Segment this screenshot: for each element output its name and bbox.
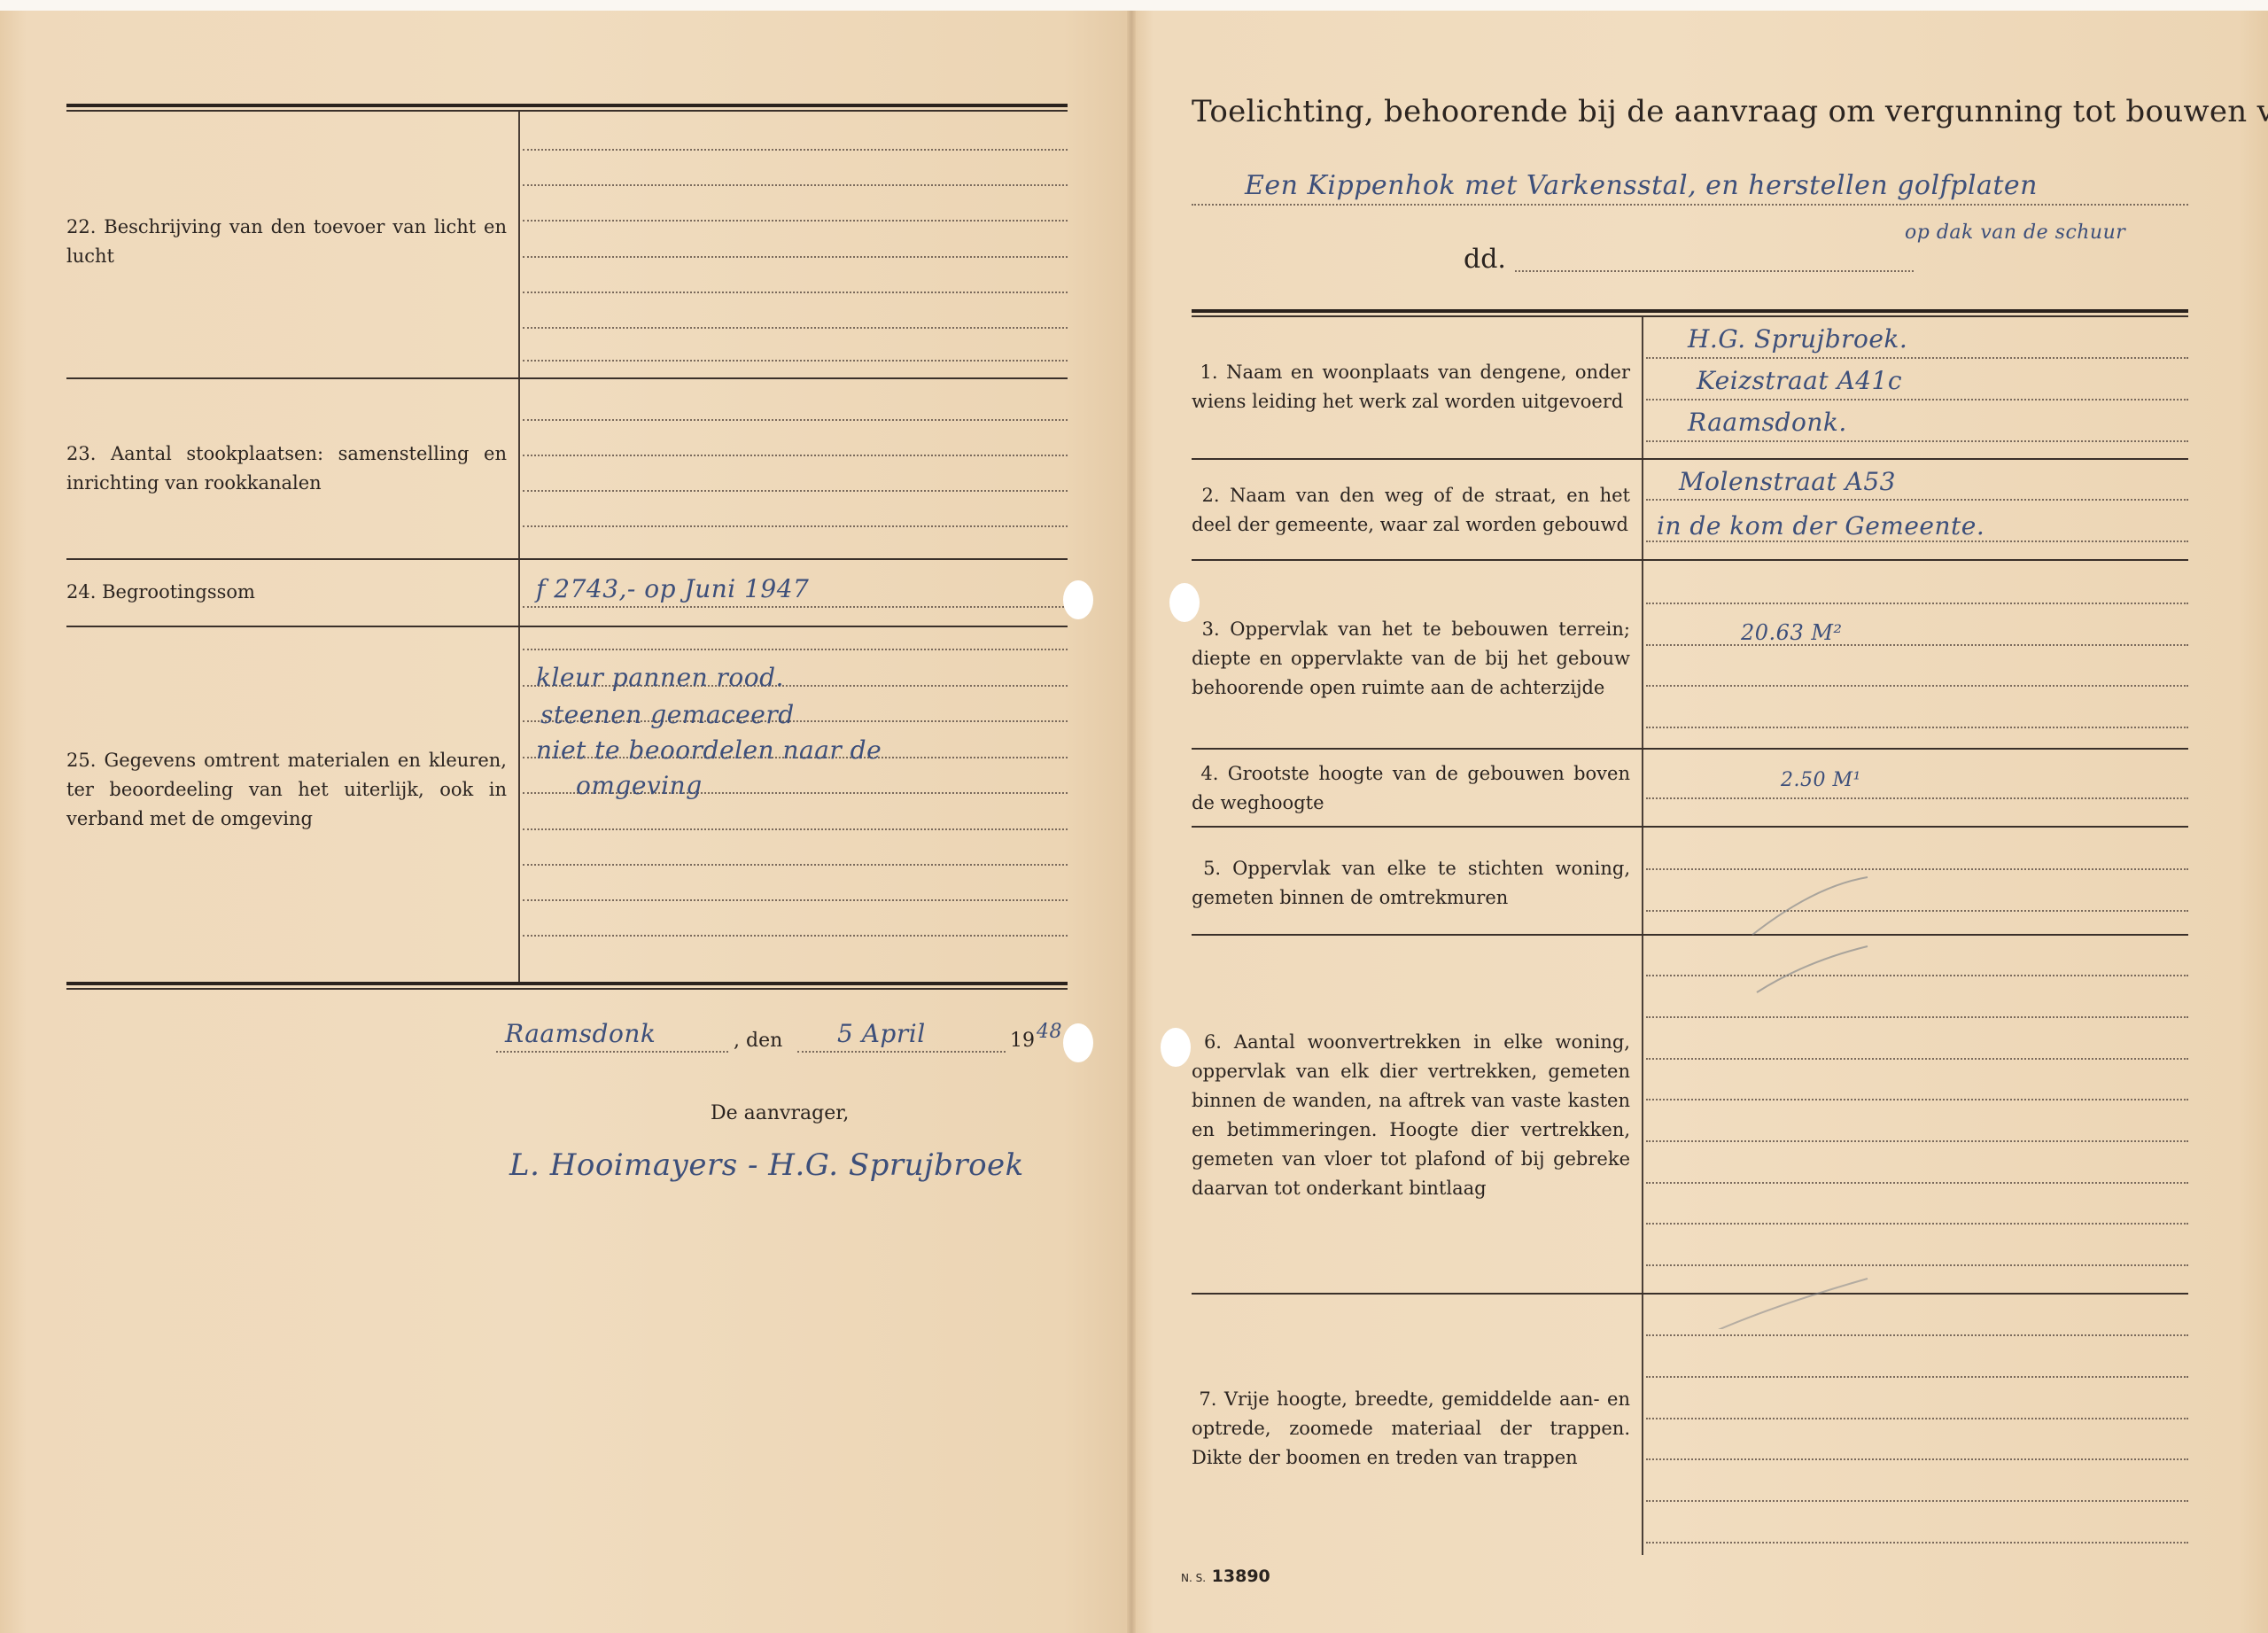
dd-field [1515,270,1914,272]
scan-margin [0,0,2268,11]
year-suffix: 48 [1037,1021,1062,1043]
answer-line [1646,685,2188,687]
row-divider [1192,458,2188,460]
item-25-answer-line-2: steenen gemaceerd [540,700,795,729]
answer-line [523,864,1068,866]
item-4-answer: 2.50 M¹ [1781,769,1861,791]
answer-line [1646,1418,2188,1419]
answer-line [1646,499,2188,501]
date-value: 5 April [837,1019,926,1048]
item-25-answer-line-4: omgeving [576,771,703,800]
top-rule [1192,309,2188,313]
item-3-label: 3. Oppervlak van het te bebouwen terrein… [1192,615,1630,703]
project-line [1192,204,2188,206]
place-value: Raamsdonk [505,1019,656,1048]
item-25-label: 25. Gegevens omtrent materialen en kleur… [66,746,507,834]
answer-line [523,649,1068,650]
punch-hole [1161,1028,1191,1067]
item-24-answer: f 2743,- op Juni 1947 [536,574,809,603]
row-divider [66,558,1068,560]
applicant-label: De aanvrager, [711,1099,849,1128]
top-rule [66,104,1068,107]
row-divider [1192,748,2188,750]
top-rule-thin [66,110,1068,112]
row-divider [66,626,1068,627]
applicant-signature: L. Hooimayers - H.G. Sprujbroek [509,1147,1024,1183]
answer-line [1646,440,2188,442]
item-1-label: 1. Naam en woonplaats van dengene, onder… [1192,358,1630,416]
row-divider [1192,559,2188,561]
item-24-label: 24. Begrootingssom [66,578,507,607]
punch-hole [1063,580,1093,619]
item-22-label: 22. Beschrijving van den toevoer van lic… [66,213,507,271]
answer-line [1646,540,2188,542]
item-2-answer-line-2: in de kom der Gemeente. [1657,511,1984,540]
item-5-label: 5. Oppervlak van elke te stichten woning… [1192,854,1630,913]
column-divider [1642,317,1643,1555]
answer-line [1646,603,2188,604]
item-3-answer: 20.63 M² [1741,620,1843,645]
row-divider [1192,826,2188,828]
item-25-answer-line-1: kleur pannen rood. [536,663,784,692]
item-2-answer-line-1: Molenstraat A53 [1679,467,1896,496]
answer-line [1646,1542,2188,1544]
answer-line [523,935,1068,937]
date-field [797,1051,1006,1053]
answer-line [1646,357,2188,359]
answer-line [523,490,1068,492]
answer-line [523,606,1068,608]
item-1-answer-line-1: H.G. Sprujbroek. [1688,324,1907,354]
answer-line [1646,1458,2188,1460]
form-code: N. S. 13890 [1181,1567,1270,1586]
answer-line [1646,1334,2188,1336]
column-divider [518,112,520,985]
item-25-answer-line-3: niet te beoordelen naar de [536,735,882,765]
answer-line [523,184,1068,186]
year-prefix: 19 [1010,1026,1035,1055]
item-4-label: 4. Grootste hoogte van de gebouwen boven… [1192,759,1630,818]
project-description-line-2: op dak van de schuur [1905,222,2125,244]
place-field [496,1051,728,1053]
form-title: Toelichting, behoorende bij de aanvraag … [1192,97,2268,127]
project-description-line-1: Een Kippenhok met Varkensstal, en herste… [1245,170,2038,201]
item-1-answer-line-3: Raamsdonk. [1688,408,1847,437]
dd-label: dd. [1464,245,1506,274]
den-label: , den [734,1026,782,1055]
answer-line [1646,644,2188,646]
answer-line [523,360,1068,362]
answer-line [523,256,1068,258]
item-2-label: 2. Naam van den weg of de straat, en het… [1192,481,1630,540]
item-1-answer-line-2: Keizstraat A41c [1697,366,1902,395]
answer-line [1646,797,2188,799]
cancel-stroke-marks [1646,851,2188,1329]
punch-hole [1063,1023,1093,1062]
answer-line [1646,727,2188,728]
answer-line [523,220,1068,222]
center-fold [1127,0,1136,1633]
answer-line [1646,1376,2188,1378]
answer-line [1646,399,2188,400]
bottom-rule-thin [66,988,1068,990]
bottom-rule [66,982,1068,985]
answer-line [523,525,1068,527]
answer-line [523,419,1068,421]
row-divider [66,377,1068,379]
answer-line [523,455,1068,456]
answer-line [523,327,1068,329]
answer-line [1646,1500,2188,1502]
answer-line [523,899,1068,901]
item-7-label: 7. Vrije hoogte, breedte, gemiddelde aan… [1192,1385,1630,1473]
answer-line [523,149,1068,151]
item-23-label: 23. Aantal stookplaatsen: samenstelling … [66,439,507,498]
answer-line [523,828,1068,830]
answer-line [523,292,1068,293]
top-rule-thin [1192,315,2188,317]
item-6-label: 6. Aantal woonvertrekken in elke woning,… [1192,1028,1630,1203]
